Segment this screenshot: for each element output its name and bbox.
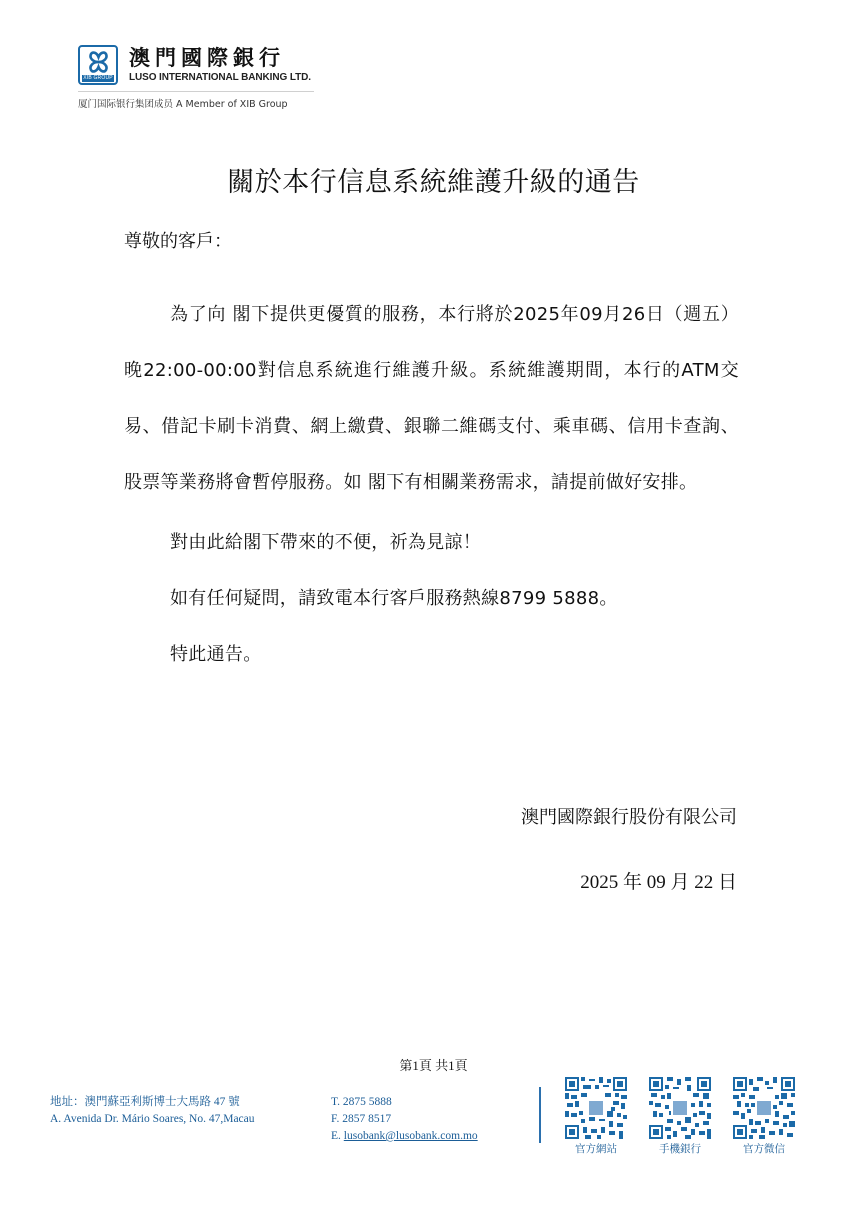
salutation: 尊敬的客戶： [124, 226, 739, 258]
xib-clover-logo-icon: XIB GROUP [78, 45, 118, 85]
logo-row: XIB GROUP 澳門國際銀行 LUSO INTERNATIONAL BANK… [78, 45, 318, 85]
email-link[interactable]: lusobank@lusobank.com.mo [344, 1130, 478, 1142]
group-member-line: 厦门国际银行集团成员 A Member of XIB Group [78, 96, 318, 110]
page-indicator: 第1頁 共1頁 [0, 1055, 867, 1074]
qr-code-icon[interactable] [733, 1077, 795, 1139]
logo-divider [78, 91, 314, 92]
qr-code-icon[interactable] [565, 1077, 627, 1139]
notice-title: 關於本行信息系統維護升級的通告 [0, 160, 867, 199]
address-cn: 地址：澳門蘇亞利斯博士大馬路 47 號 [50, 1094, 255, 1111]
bank-name-cn: 澳門國際銀行 [129, 46, 311, 70]
qr-mobile-banking[interactable]: 手機銀行 [649, 1077, 711, 1156]
footer-contact: T. 2875 5888 F. 2857 8517 E. lusobank@lu… [331, 1094, 478, 1145]
signature-block: 澳門國際銀行股份有限公司 2025 年 09 月 22 日 [521, 803, 737, 898]
logo-badge-text: XIB GROUP [82, 75, 114, 82]
bank-logo-block: XIB GROUP 澳門國際銀行 LUSO INTERNATIONAL BANK… [78, 45, 318, 110]
notice-body: 尊敬的客戶： 為了向 閣下提供更優質的服務，本行將於2025年09月26日（週五… [124, 226, 739, 683]
qr-code-group: 官方網站 手機銀行 [565, 1077, 795, 1156]
email-prefix: E. [331, 1130, 344, 1142]
qr-label: 手機銀行 [649, 1141, 711, 1156]
qr-official-website[interactable]: 官方網站 [565, 1077, 627, 1156]
fax-number: F. 2857 8517 [331, 1111, 478, 1128]
paragraph-main: 為了向 閣下提供更優質的服務，本行將於2025年09月26日（週五）晚22:00… [124, 287, 739, 511]
address-en: A. Avenida Dr. Mário Soares, No. 47,Maca… [50, 1111, 255, 1128]
qr-label: 官方微信 [733, 1141, 795, 1156]
signature-company: 澳門國際銀行股份有限公司 [521, 803, 737, 833]
paragraph-apology: 對由此給閣下帶來的不便，祈為見諒！ [124, 515, 739, 571]
phone-number: T. 2875 5888 [331, 1094, 478, 1111]
qr-code-icon[interactable] [649, 1077, 711, 1139]
footer-address: 地址：澳門蘇亞利斯博士大馬路 47 號 A. Avenida Dr. Mário… [50, 1094, 255, 1128]
paragraph-closing: 特此通告。 [124, 627, 739, 683]
paragraph-hotline: 如有任何疑問，請致電本行客戶服務熱線8799 5888。 [124, 571, 739, 627]
qr-label: 官方網站 [565, 1141, 627, 1156]
bank-name-en: LUSO INTERNATIONAL BANKING LTD. [129, 71, 311, 84]
email-line: E. lusobank@lusobank.com.mo [331, 1128, 478, 1145]
logo-text: 澳門國際銀行 LUSO INTERNATIONAL BANKING LTD. [129, 46, 311, 84]
qr-official-wechat[interactable]: 官方微信 [733, 1077, 795, 1156]
signature-date: 2025 年 09 月 22 日 [521, 868, 737, 898]
footer-divider [539, 1087, 541, 1143]
